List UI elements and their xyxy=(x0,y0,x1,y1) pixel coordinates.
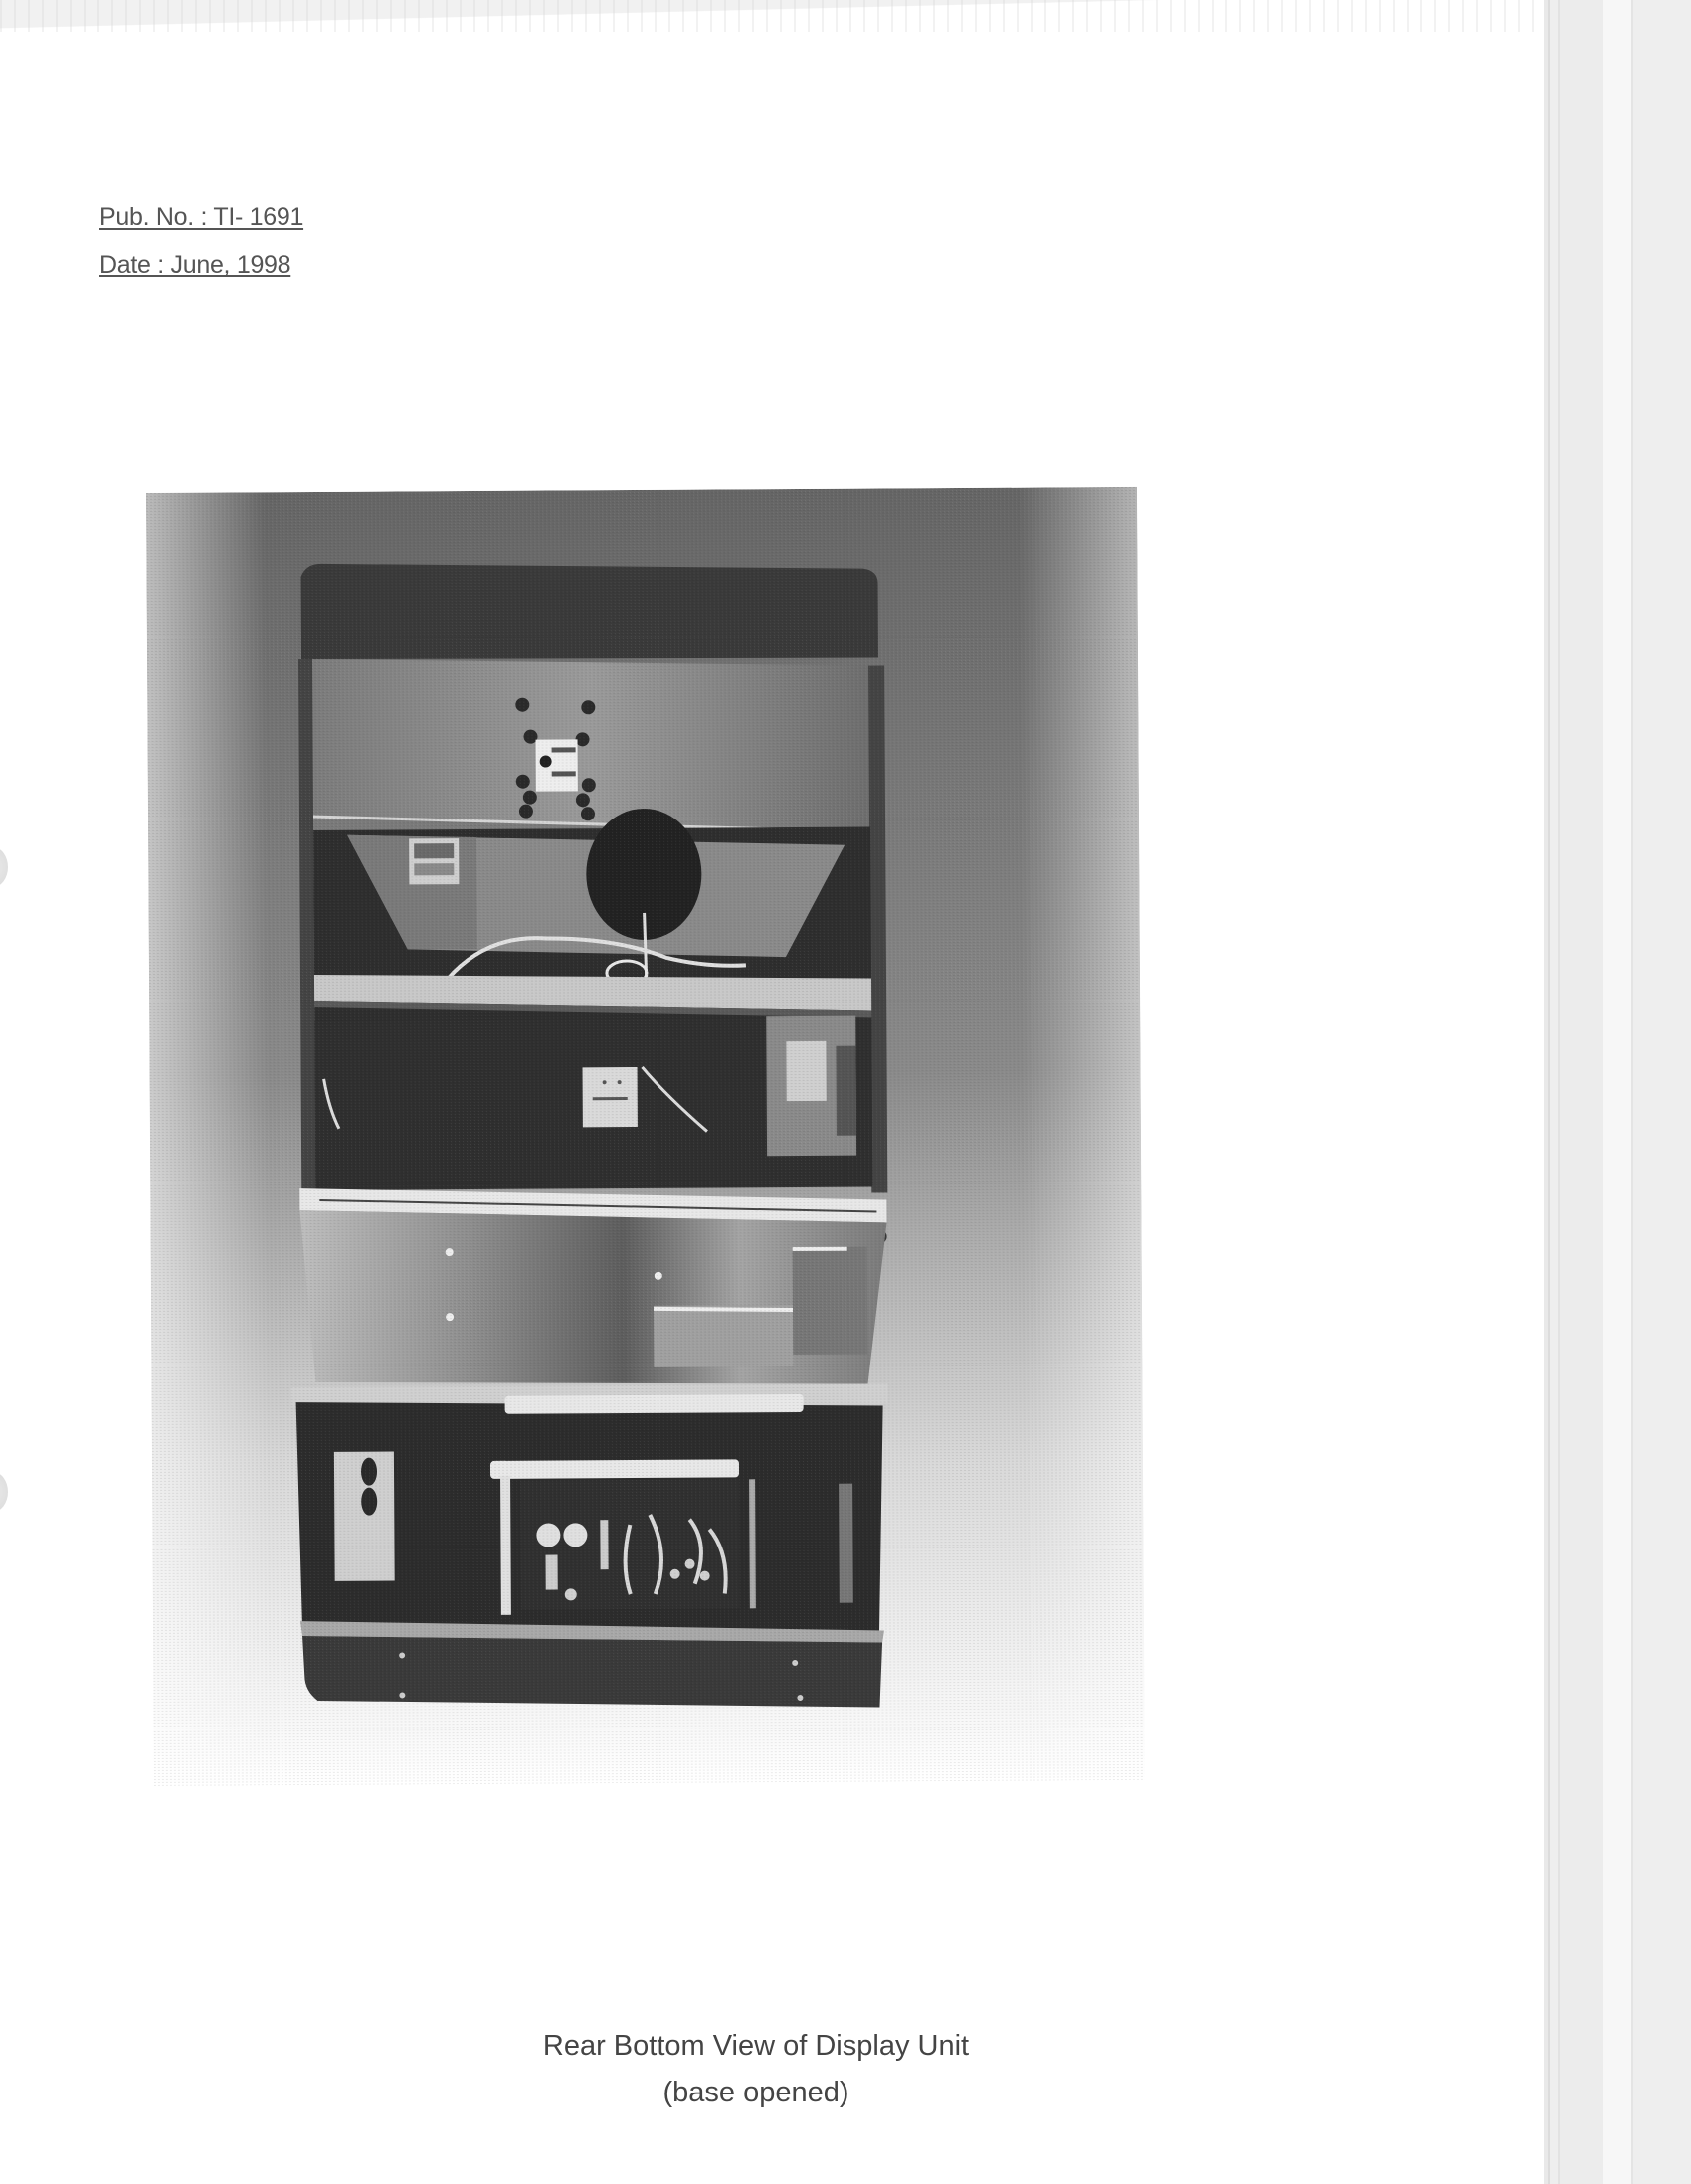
punch-hole-icon xyxy=(0,1472,8,1512)
publication-date: Date : June, 1998 xyxy=(99,251,290,279)
punch-hole-icon xyxy=(0,847,8,887)
figure-caption-title: Rear Bottom View of Display Unit xyxy=(0,2030,1512,2063)
display-unit-photo-drawing xyxy=(146,487,1145,1786)
scan-artifact-top xyxy=(0,0,1552,32)
scan-artifact-right-edge xyxy=(1544,0,1691,2184)
figure-caption-subtitle: (base opened) xyxy=(0,2077,1512,2109)
display-unit-photo xyxy=(146,487,1145,1786)
publication-number: Pub. No. : TI- 1691 xyxy=(99,203,303,232)
